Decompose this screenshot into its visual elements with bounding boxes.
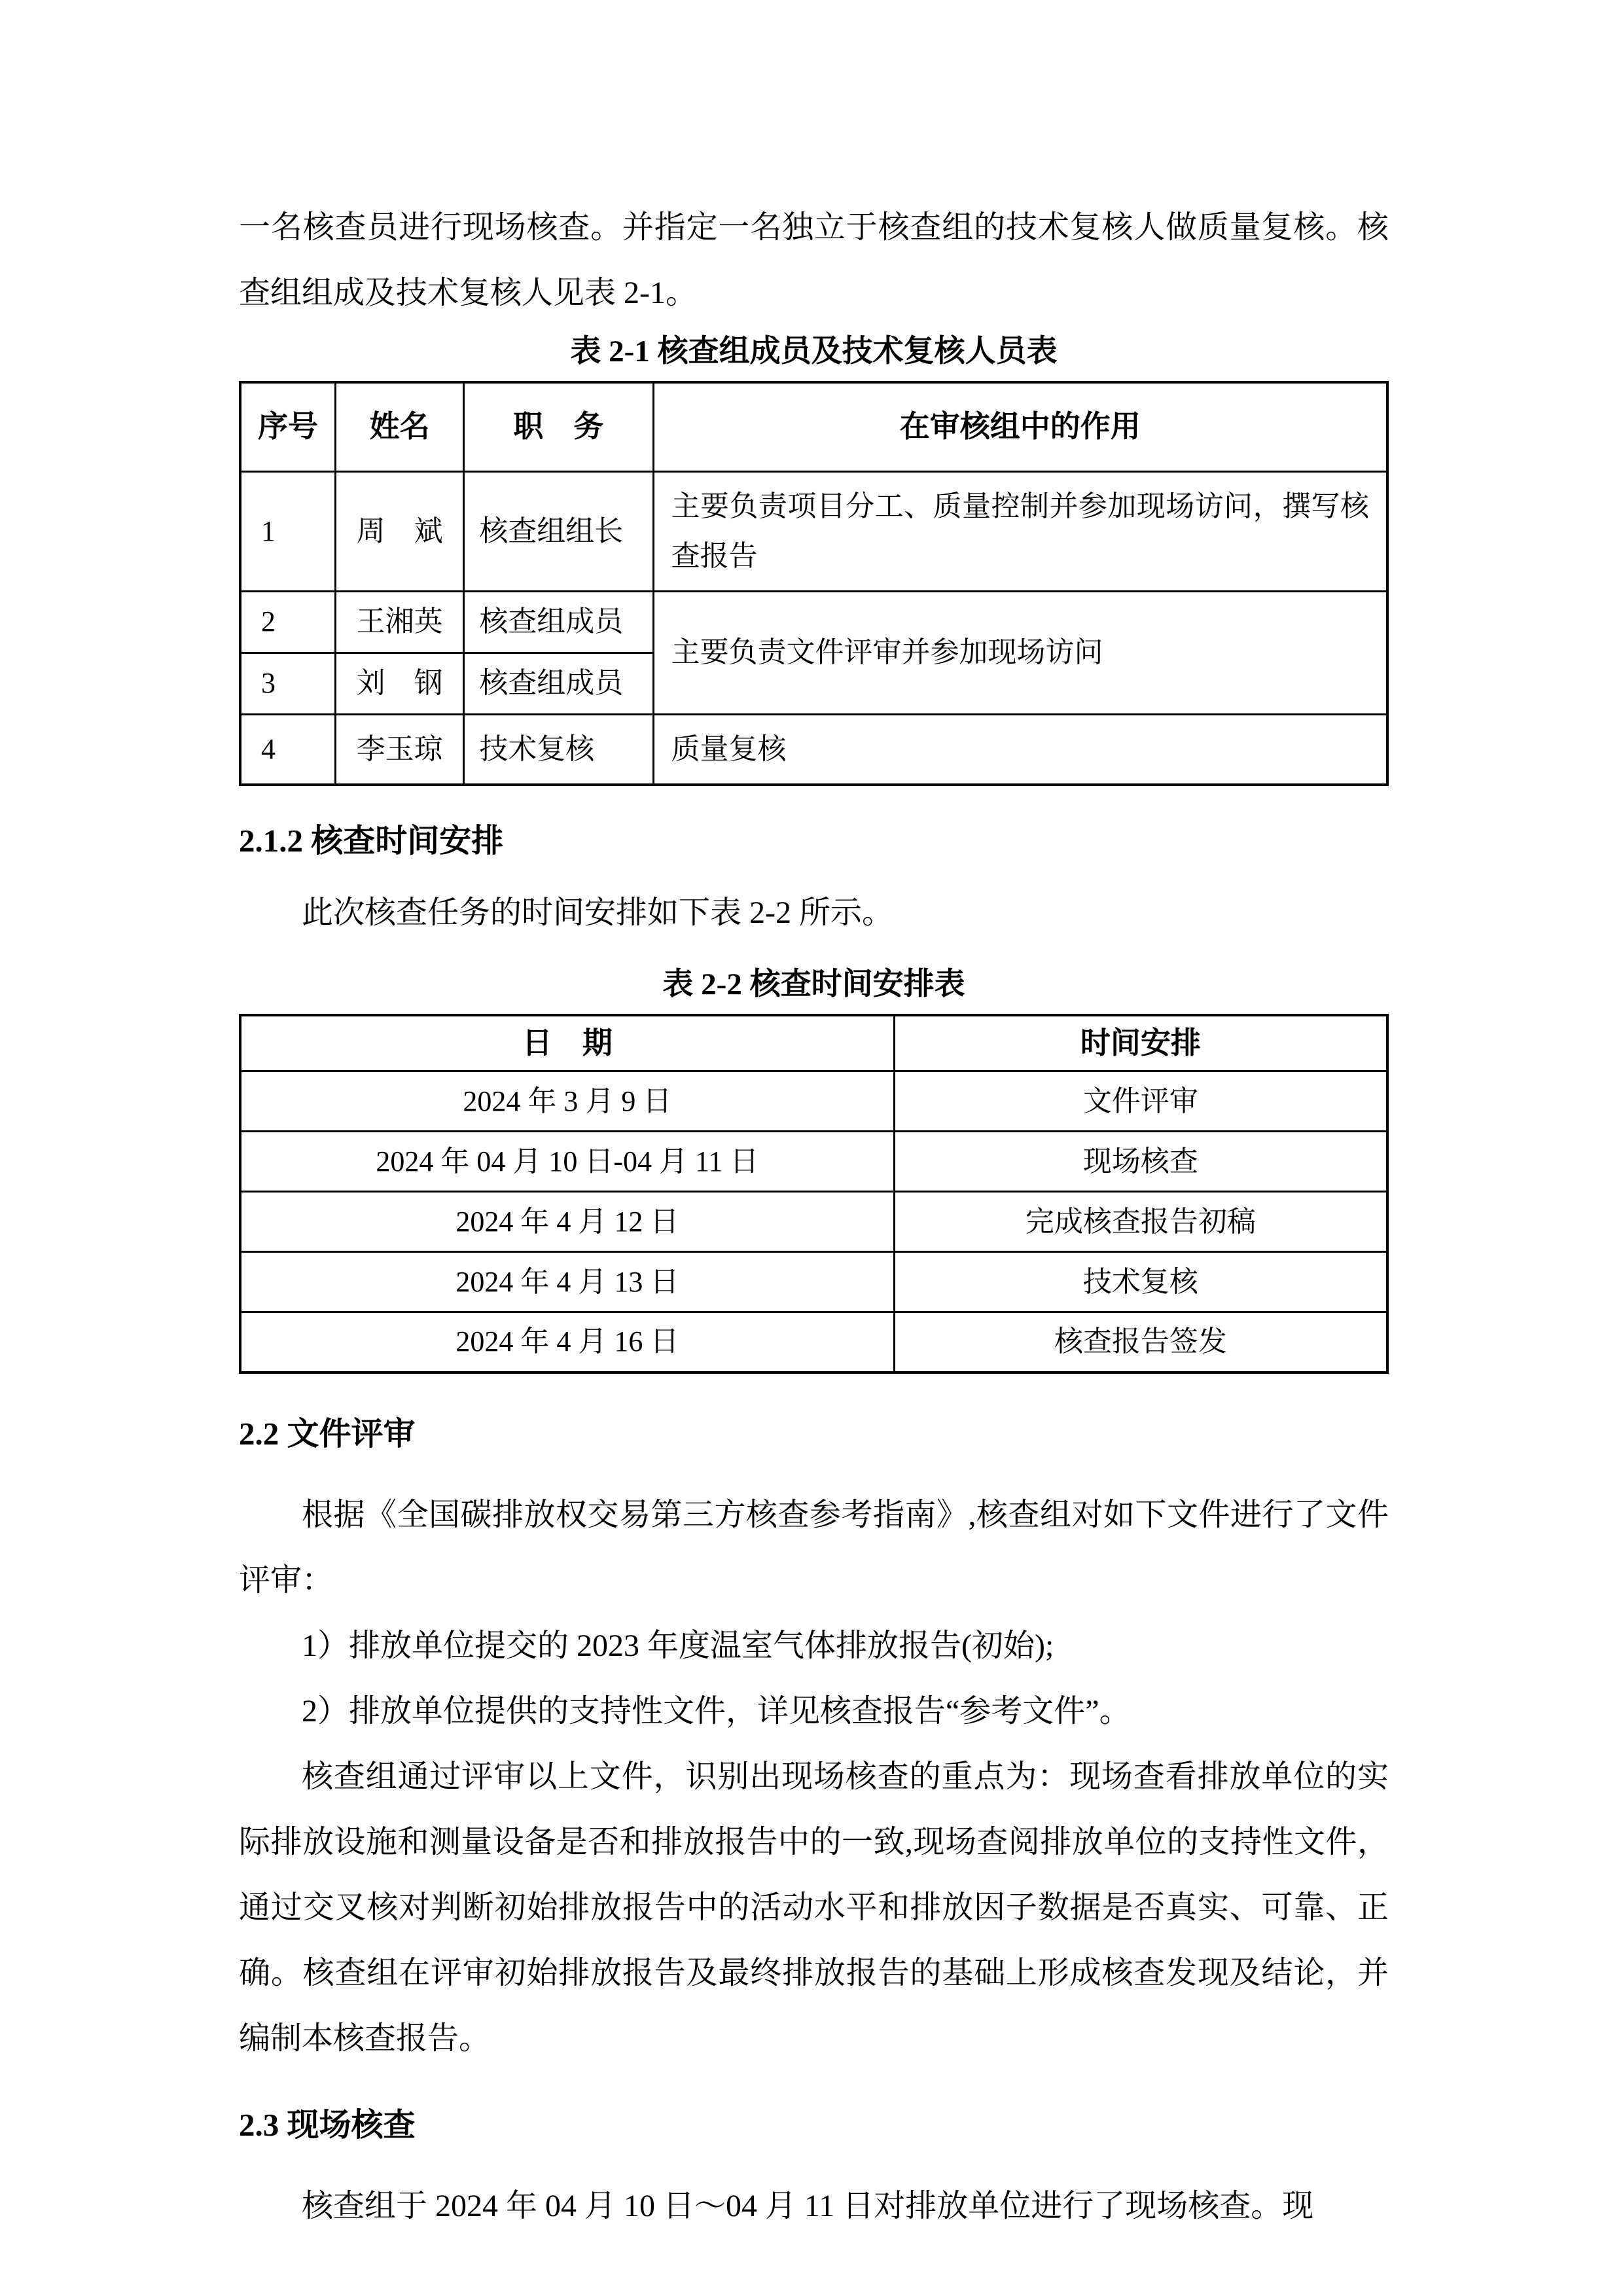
name-cell: 刘 钢 bbox=[335, 653, 463, 714]
schedule-table-header-row: 日 期 时间安排 bbox=[240, 1015, 1387, 1071]
table-row: 4 李玉琼 技术复核 质量复核 bbox=[240, 714, 1387, 785]
serial-cell: 4 bbox=[240, 714, 335, 785]
table-row: 1 周 斌 核查组组长 主要负责项目分工、质量控制并参加现场访问，撰写核查报告 bbox=[240, 471, 1387, 591]
section-heading-23: 2.3 现场核查 bbox=[239, 2106, 1389, 2145]
table-row: 2024 年 4 月 16 日 核查报告签发 bbox=[240, 1312, 1387, 1372]
table-row: 2024 年 4 月 12 日 完成核查报告初稿 bbox=[240, 1192, 1387, 1252]
header-serial: 序号 bbox=[240, 382, 335, 471]
date-cell: 2024 年 4 月 12 日 bbox=[240, 1192, 894, 1252]
schedule-table: 日 期 时间安排 2024 年 3 月 9 日 文件评审 2024 年 04 月… bbox=[239, 1014, 1389, 1374]
header-plan: 时间安排 bbox=[894, 1015, 1387, 1071]
position-cell: 核查组成员 bbox=[464, 591, 653, 653]
duty-cell: 主要负责项目分工、质量控制并参加现场访问，撰写核查报告 bbox=[653, 471, 1387, 591]
schedule-intro-paragraph: 此次核查任务的时间安排如下表 2-2 所示。 bbox=[239, 880, 1389, 946]
name-cell: 李玉琼 bbox=[335, 714, 463, 785]
header-date: 日 期 bbox=[240, 1015, 894, 1071]
plan-cell: 现场核查 bbox=[894, 1132, 1387, 1192]
document-review-paragraph: 根据《全国碳排放权交易第三方核查参考指南》,核查组对如下文件进行了文件评审： bbox=[239, 1482, 1389, 1613]
team-table-caption: 表 2-1 核查组成员及技术复核人员表 bbox=[239, 332, 1389, 370]
review-findings-paragraph: 核查组通过评审以上文件，识别出现场核查的重点为：现场查看排放单位的实际排放设施和… bbox=[239, 1744, 1389, 2072]
review-list-item-2: 2）排放单位提供的支持性文件，详见核查报告“参考文件”。 bbox=[239, 1679, 1389, 1744]
duty-cell-merged: 主要负责文件评审并参加现场访问 bbox=[653, 591, 1387, 714]
date-cell: 2024 年 4 月 13 日 bbox=[240, 1252, 894, 1312]
table-row: 2024 年 04 月 10 日-04 月 11 日 现场核查 bbox=[240, 1132, 1387, 1192]
plan-cell: 完成核查报告初稿 bbox=[894, 1192, 1387, 1252]
date-cell: 2024 年 04 月 10 日-04 月 11 日 bbox=[240, 1132, 894, 1192]
serial-cell: 1 bbox=[240, 471, 335, 591]
table-row: 2 王湘英 核查组成员 主要负责文件评审并参加现场访问 bbox=[240, 591, 1387, 653]
position-cell: 核查组成员 bbox=[464, 653, 653, 714]
intro-paragraph: 一名核查员进行现场核查。并指定一名独立于核查组的技术复核人做质量复核。核查组组成… bbox=[239, 195, 1389, 326]
header-name: 姓名 bbox=[335, 382, 463, 471]
date-cell: 2024 年 4 月 16 日 bbox=[240, 1312, 894, 1372]
header-position: 职 务 bbox=[464, 382, 653, 471]
name-cell: 王湘英 bbox=[335, 591, 463, 653]
section-heading-212: 2.1.2 核查时间安排 bbox=[239, 821, 1389, 861]
plan-cell: 文件评审 bbox=[894, 1071, 1387, 1132]
position-cell: 核查组组长 bbox=[464, 471, 653, 591]
table-row: 2024 年 4 月 13 日 技术复核 bbox=[240, 1252, 1387, 1312]
name-cell: 周 斌 bbox=[335, 471, 463, 591]
team-table: 序号 姓名 职 务 在审核组中的作用 1 周 斌 核查组组长 主要负责项目分工、… bbox=[239, 381, 1389, 786]
review-list-item-1: 1）排放单位提交的 2023 年度温室气体排放报告(初始); bbox=[239, 1613, 1389, 1679]
serial-cell: 2 bbox=[240, 591, 335, 653]
document-page: 一名核查员进行现场核查。并指定一名独立于核查组的技术复核人做质量复核。核查组组成… bbox=[0, 0, 1623, 2296]
plan-cell: 核查报告签发 bbox=[894, 1312, 1387, 1372]
duty-cell: 质量复核 bbox=[653, 714, 1387, 785]
position-cell: 技术复核 bbox=[464, 714, 653, 785]
team-table-header-row: 序号 姓名 职 务 在审核组中的作用 bbox=[240, 382, 1387, 471]
schedule-table-caption: 表 2-2 核查时间安排表 bbox=[239, 965, 1389, 1003]
table-row: 2024 年 3 月 9 日 文件评审 bbox=[240, 1071, 1387, 1132]
serial-cell: 3 bbox=[240, 653, 335, 714]
date-cell: 2024 年 3 月 9 日 bbox=[240, 1071, 894, 1132]
header-role: 在审核组中的作用 bbox=[653, 382, 1387, 471]
section-heading-22: 2.2 文件评审 bbox=[239, 1414, 1389, 1454]
plan-cell: 技术复核 bbox=[894, 1252, 1387, 1312]
site-visit-paragraph: 核查组于 2024 年 04 月 10 日～04 月 11 日对排放单位进行了现… bbox=[239, 2174, 1389, 2239]
